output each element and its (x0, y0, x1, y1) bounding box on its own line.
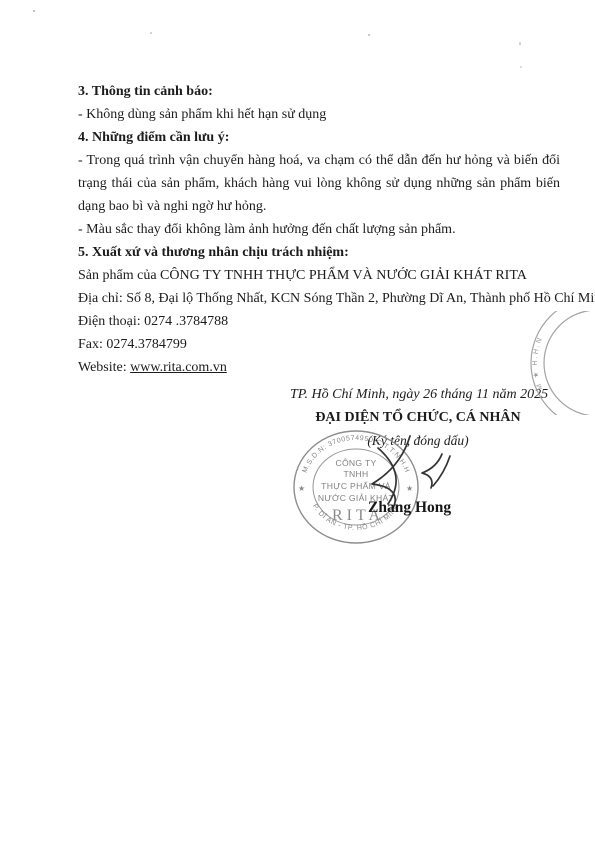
section-4-heading: 4. Những điểm cần lưu ý: (78, 126, 560, 149)
signer-name: Zhang Hong (368, 499, 451, 517)
document-page: 3. Thông tin cảnh báo: - Không dùng sản … (0, 0, 595, 842)
scan-artifact (519, 42, 521, 45)
document-body: 3. Thông tin cảnh báo: - Không dùng sản … (78, 80, 560, 452)
edge-stamp-partial: M ★ H.H.N (505, 311, 595, 415)
section-4-item-1: - Trong quá trình vận chuyển hàng hoá, v… (78, 149, 560, 218)
fax-line: Fax: 0274.3784799 (78, 333, 560, 356)
scan-artifact (33, 10, 35, 12)
section-3-heading: 3. Thông tin cảnh báo: (78, 80, 560, 103)
stamp-star-left-icon: ★ (298, 484, 305, 493)
section-3-item: - Không dùng sản phẩm khi hết hạn sử dụn… (78, 103, 560, 126)
scan-artifact (368, 34, 370, 36)
phone-line: Điện thoại: 0274 .3784788 (78, 310, 560, 333)
scan-artifact (520, 66, 522, 68)
producer-line: Sản phẩm của CÔNG TY TNHH THỰC PHẨM VÀ N… (78, 264, 560, 287)
section-4-item-2: - Màu sắc thay đổi không làm ảnh hưởng đ… (78, 218, 560, 241)
section-5-heading: 5. Xuất xứ và thương nhân chịu trách nhi… (78, 241, 560, 264)
website-url: www.rita.com.vn (130, 360, 227, 375)
scan-artifact (150, 32, 152, 34)
address-line: Địa chỉ: Số 8, Đại lộ Thống Nhất, KCN Só… (78, 287, 560, 310)
website-label: Website: (78, 360, 130, 375)
website-line: Website: www.rita.com.vn (78, 356, 560, 379)
